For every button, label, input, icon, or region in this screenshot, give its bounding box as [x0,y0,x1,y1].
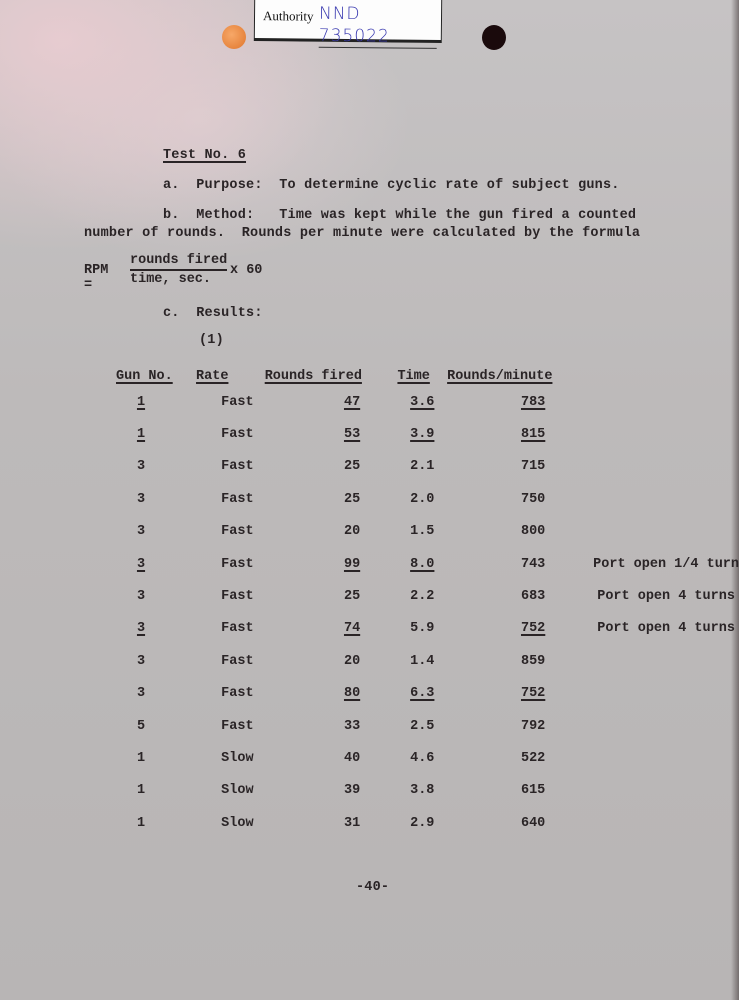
cell-gun-no-text: 3 [137,621,145,636]
cell-rounds-fired: 25 [265,451,398,483]
cell-gun-no-text: 3 [137,686,145,701]
cell-gun-no-text: 3 [137,492,145,507]
cell-rate: Slow [196,742,265,774]
cell-note: Port open 4 turns [579,613,739,645]
results-table: Gun No. Rate Rounds fired Time Rounds/mi… [116,366,739,839]
cell-rounds-per-minute: 683 [447,580,579,612]
cell-rounds-fired-text: 25 [344,459,360,474]
table-row: 1Slow312.9640 [116,807,739,839]
results-sub-label: (1) [199,333,224,348]
cell-time: 1.5 [397,516,447,548]
cell-gun-no: 3 [116,548,196,580]
cell-time-text: 2.0 [410,492,434,507]
cell-time: 1.4 [397,645,447,677]
cell-rounds-per-minute: 522 [447,742,579,774]
header-rounds-fired: Rounds fired [265,366,398,386]
table-row: 3Fast998.0743Port open 1/4 turn [116,548,739,580]
cell-time-text: 3.9 [410,427,434,442]
cell-rounds-fired: 80 [265,678,398,710]
cell-rounds-fired: 25 [265,580,398,612]
cell-gun-no: 1 [116,742,196,774]
header-rounds-per-minute: Rounds/minute [447,366,579,386]
cell-rate: Fast [196,710,265,742]
cell-gun-no-text: 1 [137,751,145,766]
cell-rate-text: Fast [221,686,253,701]
cell-gun-no: 3 [116,483,196,515]
formula-multiplier: x 60 [230,263,262,278]
cell-rate: Fast [196,483,265,515]
cell-rounds-per-minute-text: 792 [521,719,545,734]
cell-rounds-fired-text: 53 [344,427,360,442]
cell-rounds-fired: 40 [265,742,398,774]
cell-gun-no: 1 [116,807,196,839]
cell-rounds-per-minute: 750 [447,483,579,515]
cell-note [579,645,739,677]
cell-rounds-fired-text: 25 [344,589,360,604]
cell-time-text: 6.3 [410,686,434,701]
cell-gun-no: 1 [116,775,196,807]
punch-hole-icon [482,25,506,50]
cell-rounds-fired-text: 40 [344,751,360,766]
cell-note [579,678,739,710]
cell-time: 3.8 [397,775,447,807]
cell-rate: Fast [196,678,265,710]
cell-gun-no-text: 3 [137,589,145,604]
table-row: 3Fast201.5800 [116,516,739,548]
cell-rounds-fired: 31 [265,807,398,839]
cell-rounds-per-minute-text: 800 [521,524,545,539]
cell-rate-text: Fast [221,427,253,442]
cell-time-text: 4.6 [410,751,434,766]
cell-rate-text: Slow [221,816,253,831]
punch-hole-icon [222,25,246,49]
cell-rounds-fired: 39 [265,775,398,807]
cell-rounds-per-minute-text: 683 [521,589,545,604]
cell-rounds-fired-text: 99 [344,557,360,572]
cell-rate: Fast [196,516,265,548]
header-rate: Rate [196,366,265,386]
cell-time-text: 8.0 [410,557,434,572]
cell-rounds-fired: 74 [265,613,398,645]
table-row: 3Fast745.9752Port open 4 turns [116,613,739,645]
cell-rate-text: Fast [221,395,253,410]
cell-rate: Fast [196,451,265,483]
cell-rate-text: Slow [221,783,253,798]
cell-rate: Slow [196,775,265,807]
cell-rounds-fired-text: 20 [344,524,360,539]
cell-rounds-per-minute: 859 [447,645,579,677]
cell-note-text: Port open 4 turns [597,621,735,636]
header-gun-no: Gun No. [116,366,196,386]
formula-lhs: RPM = [84,263,108,293]
cell-rounds-per-minute: 615 [447,775,579,807]
cell-rounds-per-minute: 715 [447,451,579,483]
cell-rounds-fired: 99 [265,548,398,580]
cell-time-text: 2.2 [410,589,434,604]
cell-rounds-fired: 20 [265,516,398,548]
cell-rounds-per-minute: 743 [447,548,579,580]
header-time: Time [397,366,447,386]
cell-rounds-per-minute: 640 [447,807,579,839]
cell-gun-no-text: 3 [137,654,145,669]
cell-note-text: Port open 1/4 turn [593,557,739,572]
cell-gun-no-text: 1 [137,783,145,798]
cell-note-text: Port open 4 turns [597,589,735,604]
cell-rounds-fired-text: 25 [344,492,360,507]
cell-rate-text: Fast [221,589,253,604]
cell-gun-no: 1 [116,418,196,450]
cell-rate: Fast [196,548,265,580]
cell-time: 2.1 [397,451,447,483]
cell-time-text: 3.6 [410,395,434,410]
cell-time: 2.0 [397,483,447,515]
cell-rounds-per-minute-text: 752 [521,621,545,636]
results-label: c. Results: [163,306,263,321]
cell-rate-text: Fast [221,719,253,734]
cell-rounds-per-minute: 752 [447,613,579,645]
cell-rate: Fast [196,580,265,612]
cell-rounds-fired-text: 80 [344,686,360,701]
cell-gun-no-text: 1 [137,427,145,442]
cell-note: Port open 4 turns [579,580,739,612]
cell-time: 3.6 [397,386,447,418]
cell-rate-text: Fast [221,557,253,572]
cell-gun-no-text: 1 [137,816,145,831]
cell-rounds-per-minute-text: 750 [521,492,545,507]
cell-note [579,418,739,450]
cell-rounds-per-minute: 800 [447,516,579,548]
cell-rounds-fired: 53 [265,418,398,450]
purpose-label: a. Purpose: [163,178,263,193]
cell-gun-no-text: 5 [137,719,145,734]
cell-rate: Slow [196,807,265,839]
formula-numerator: rounds fired [130,253,227,271]
method-line-1: b. Method: Time was kept while the gun f… [163,208,636,223]
formula-denominator: time, sec. [130,272,211,287]
cell-note [579,516,739,548]
cell-gun-no-text: 3 [137,459,145,474]
cell-note [579,807,739,839]
cell-rounds-per-minute: 815 [447,418,579,450]
purpose-text: To determine cyclic rate of subject guns… [279,178,619,193]
cell-rounds-fired-text: 31 [344,816,360,831]
cell-time-text: 5.9 [410,621,434,636]
table-row: 3Fast252.0750 [116,483,739,515]
cell-rounds-per-minute-text: 859 [521,654,545,669]
cell-time: 2.9 [397,807,447,839]
cell-rounds-per-minute-text: 752 [521,686,545,701]
cell-rounds-fired: 47 [265,386,398,418]
table-row: 3Fast252.2683Port open 4 turns [116,580,739,612]
cell-time: 3.9 [397,418,447,450]
cell-time-text: 3.8 [410,783,434,798]
cell-gun-no: 1 [116,386,196,418]
cell-time: 4.6 [397,742,447,774]
purpose-line: a. Purpose: To determine cyclic rate of … [163,178,620,193]
table-row: 1Fast533.9815 [116,418,739,450]
cell-gun-no: 3 [116,451,196,483]
cell-gun-no: 3 [116,613,196,645]
cell-rate-text: Fast [221,621,253,636]
cell-rounds-fired-text: 47 [344,395,360,410]
table-row: 1Fast473.6783 [116,386,739,418]
authority-label: Authority [263,8,314,25]
cell-rounds-per-minute-text: 743 [521,557,545,572]
cell-time: 2.2 [397,580,447,612]
cell-time: 2.5 [397,710,447,742]
cell-rounds-per-minute: 792 [447,710,579,742]
cell-rounds-fired-text: 20 [344,654,360,669]
cell-rounds-per-minute: 752 [447,678,579,710]
cell-time: 5.9 [397,613,447,645]
cell-rounds-fired-text: 74 [344,621,360,636]
cell-note [579,742,739,774]
cell-gun-no: 3 [116,645,196,677]
table-row: 1Slow404.6522 [116,742,739,774]
cell-gun-no-text: 3 [137,557,145,572]
header-note [579,366,739,386]
cell-rounds-per-minute-text: 715 [521,459,545,474]
cell-time: 8.0 [397,548,447,580]
test-title: Test No. 6 [163,148,246,163]
cell-time-text: 1.5 [410,524,434,539]
cell-note [579,483,739,515]
cell-rounds-fired: 20 [265,645,398,677]
authority-value: NND 735022 [319,3,437,49]
cell-note [579,386,739,418]
cell-note [579,710,739,742]
table-row: 3Fast252.1715 [116,451,739,483]
page-number: -40- [356,880,389,895]
method-line-2: number of rounds. Rounds per minute were… [84,226,640,241]
cell-rate-text: Fast [221,654,253,669]
cell-time-text: 2.5 [410,719,434,734]
table-row: 1Slow393.8615 [116,775,739,807]
cell-time-text: 2.1 [410,459,434,474]
document-page: Authority NND 735022 Test No. 6 a. Purpo… [0,0,739,1000]
table-header-row: Gun No. Rate Rounds fired Time Rounds/mi… [116,366,739,386]
cell-gun-no: 3 [116,678,196,710]
cell-rounds-fired-text: 33 [344,719,360,734]
cell-gun-no-text: 1 [137,395,145,410]
cell-rate-text: Fast [221,492,253,507]
cell-note [579,775,739,807]
cell-rounds-per-minute-text: 783 [521,395,545,410]
cell-rate-text: Fast [221,459,253,474]
cell-rounds-fired: 25 [265,483,398,515]
table-row: 3Fast806.3752 [116,678,739,710]
cell-rate: Fast [196,386,265,418]
cell-rounds-per-minute: 783 [447,386,579,418]
authority-stamp: Authority NND 735022 [254,0,442,43]
cell-rate: Fast [196,418,265,450]
cell-rounds-per-minute-text: 615 [521,783,545,798]
cell-rate: Fast [196,645,265,677]
cell-gun-no: 3 [116,580,196,612]
cell-rate: Fast [196,613,265,645]
cell-rounds-fired: 33 [265,710,398,742]
cell-time-text: 1.4 [410,654,434,669]
table-row: 5Fast332.5792 [116,710,739,742]
cell-time: 6.3 [397,678,447,710]
cell-rate-text: Fast [221,524,253,539]
cell-gun-no: 3 [116,516,196,548]
cell-gun-no-text: 3 [137,524,145,539]
cell-rate-text: Slow [221,751,253,766]
cell-rounds-per-minute-text: 815 [521,427,545,442]
cell-rounds-per-minute-text: 640 [521,816,545,831]
cell-note: Port open 1/4 turn [579,548,739,580]
cell-time-text: 2.9 [410,816,434,831]
cell-rounds-per-minute-text: 522 [521,751,545,766]
cell-note [579,451,739,483]
cell-gun-no: 5 [116,710,196,742]
cell-rounds-fired-text: 39 [344,783,360,798]
table-row: 3Fast201.4859 [116,645,739,677]
